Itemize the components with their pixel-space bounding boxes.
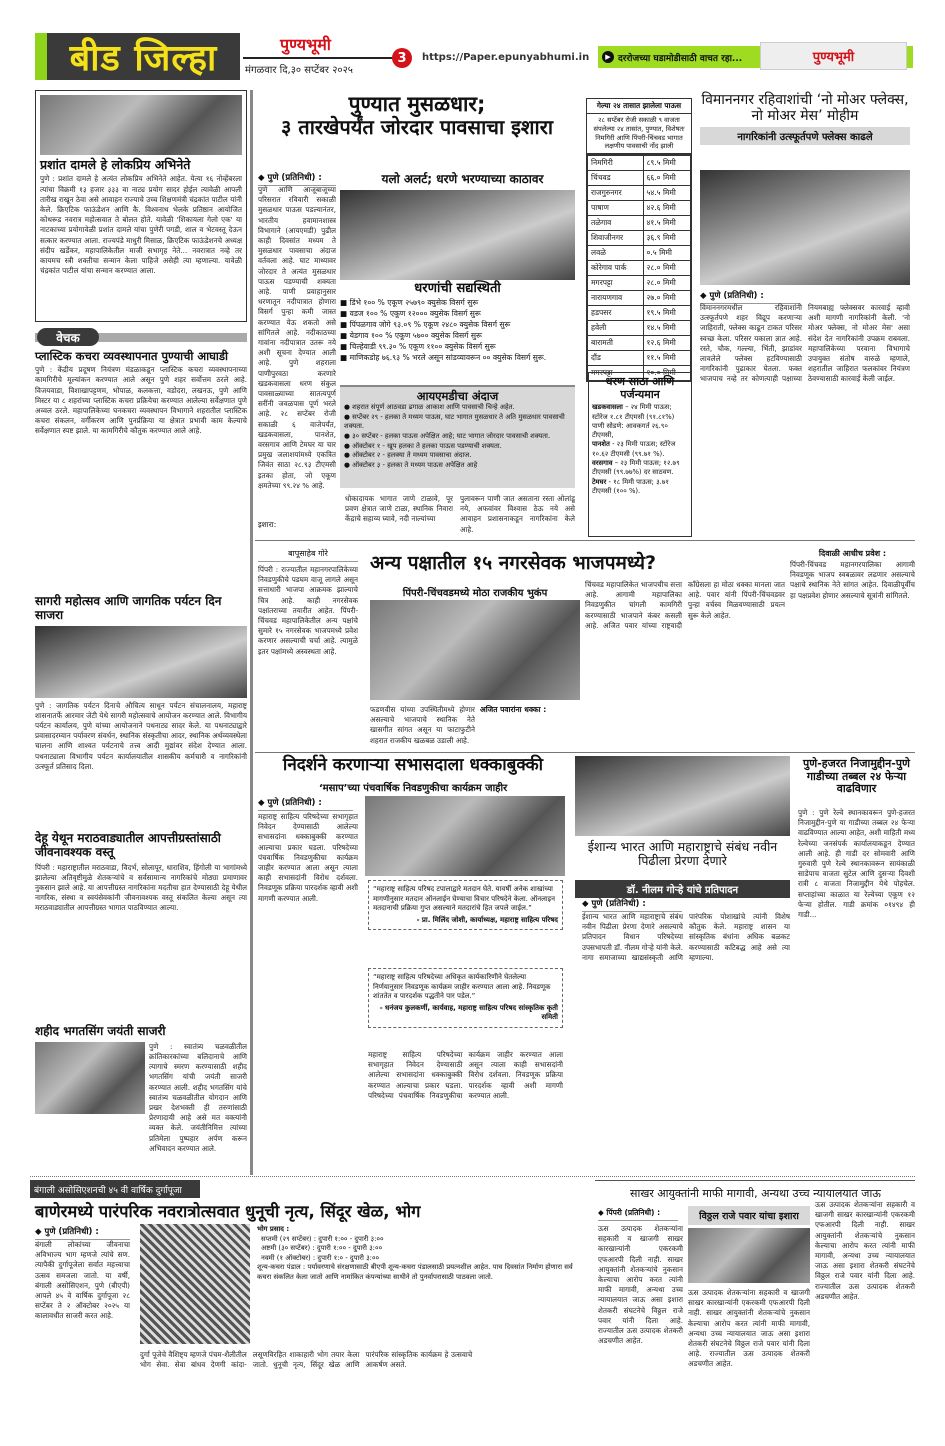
story-headline: ईशान्य भारत आणि महाराष्ट्राचे संबंध नवीन… xyxy=(575,840,790,869)
story-headline: प्लास्टिक कचरा व्यवस्थापनात पुण्याची आघा… xyxy=(35,350,247,363)
location-cell: हडपसर xyxy=(588,306,644,321)
rainfall-table-title: गेल्या २४ तासात झालेला पाऊस xyxy=(587,99,691,114)
table-row: राजगुरुनगर५४.५ मिमी xyxy=(588,186,691,201)
bhog-item: अष्टमी (३० सप्टेंबर) : दुपारी १:०० - दुप… xyxy=(257,1244,587,1254)
story-tag: बंगाली असोसिएशनची ४५ वी वार्षिक दुर्गापू… xyxy=(30,1180,200,1198)
story-diwali-body: पिंपरी-चिंचवड महानगरपालिका आगामी निवडणूक… xyxy=(790,560,915,750)
location-cell: कोरेगाव पार्क xyxy=(588,261,644,276)
section-title: बीड जिल्हा xyxy=(47,33,240,80)
imd-forecast-item: ३० सप्टेंबर - हलका पाऊस अपेक्षित आहे; घा… xyxy=(344,432,571,442)
rainfall-table-intro: २८ सप्टेंबर रोजी सकाळी ९ वाजता संपलेल्या… xyxy=(587,114,691,155)
lead-dateline: ◆ पुणे (प्रतिनिधी) : xyxy=(258,172,336,186)
table-row: कोरेगाव पार्क२८.० मिमी xyxy=(588,261,691,276)
section-rule xyxy=(30,1176,915,1177)
zero-waste-note: शून्य-कचरा पंडाल : पर्यावरणाचे संरक्षणास… xyxy=(257,1263,587,1282)
section-rule xyxy=(255,752,915,753)
table-row: चिंचवड६६.० मिमी xyxy=(588,171,691,186)
story-body: बंगाली लोकांच्या जीवनाचा अविभाज्य भाग म्… xyxy=(35,1240,130,1430)
table-row: शिवाजीनगर३६.९ मिमी xyxy=(588,231,691,246)
story-headline: निदर्शने करणाऱ्या सभासदाला धक्काबुक्की xyxy=(258,756,568,776)
dam-storage-title: धरण साठा आणि पर्जन्यमान xyxy=(592,376,688,401)
rainfall-cell: २८.० मिमी xyxy=(643,276,691,291)
ticker-text: दररोजच्या घडामोडीसाठी वाचत रहा... xyxy=(618,51,742,64)
story-body: ऊस उत्पादक शेतकऱ्यांना सहकारी व खाजगी सा… xyxy=(598,1224,683,1429)
page-number-badge: 3 xyxy=(392,48,412,68)
issue-date: मंगळवार दि,३० सप्टेंबर २०२५ xyxy=(245,62,353,76)
story-body: पिंपरी : महाराष्ट्रातील मराठवाडा, विदर्भ… xyxy=(35,863,247,1013)
location-cell: मगरपट्टा xyxy=(588,276,644,291)
quote-author: - धनंजय कुलकर्णी, कार्यवाह, महाराष्ट्र स… xyxy=(373,1004,558,1023)
masthead: बीड जिल्हा पुण्यभूमी मंगळवार दि,३० सप्टे… xyxy=(0,0,945,88)
story-body-continued-2: ऊस उत्पादक शेतकऱ्यांना सहकारी व खाजगी सा… xyxy=(815,1200,915,1430)
story-headline: पुणे-हजरत निजामुद्दीन-पुणे गाडीच्या तब्ब… xyxy=(798,758,915,796)
bhog-title: भोग प्रसाद : xyxy=(257,1225,587,1235)
table-row: नारायणगाव२७.० मिमी xyxy=(588,291,691,306)
lead-subhead: यलो अलर्ट; धरणे भरण्याच्या काठावर xyxy=(350,170,575,187)
rainfall-cell: ८९.५ मिमी xyxy=(643,156,691,171)
story-body: पुणे : जागतिक पर्यटन दिनाचे औचित्य साधून… xyxy=(35,701,247,823)
imd-forecast-item: ऑक्टोबर २ - हलक्या ते मध्यम पावसाचा अंदा… xyxy=(344,451,571,461)
story-sagari: सागरी महोत्सव आणि जागतिक पर्यटन दिन साजर… xyxy=(35,595,247,825)
rainfall-cell: १४.५ मिमी xyxy=(643,321,691,336)
dam-storage-box: धरण साठा आणि पर्जन्यमान खडकवासला – २४ मि… xyxy=(588,372,692,537)
location-cell: बारामती xyxy=(588,336,644,351)
viman-photo-citizens xyxy=(700,170,910,285)
rainfall-cell: ३६.९ मिमी xyxy=(643,231,691,246)
viman-story-header: विमाननगर रहिवाशांची ‘नो मोअर फ्लेक्स, नो… xyxy=(700,92,910,145)
imd-forecast-list: शहरात संपूर्ण आठवडा ढगाळ आकाश आणि पावसाच… xyxy=(344,403,571,470)
story-prashant-damle: प्रशांत दामले हे लोकप्रिय अभिनेते पुणे :… xyxy=(35,90,247,322)
column-rule xyxy=(250,90,253,1175)
rainfall-cell: ११.५ मिमी xyxy=(643,351,691,366)
rainfall-cell: ०.५ मिमी xyxy=(643,246,691,261)
story-photo xyxy=(40,95,242,155)
location-cell: शिवाजीनगर xyxy=(588,231,644,246)
dam-status-title: धरणांची सद्यस्थिती xyxy=(340,282,575,297)
location-cell: नारायणगाव xyxy=(588,291,644,306)
rainfall-cell: ४२.६ मिमी xyxy=(643,201,691,216)
table-row: निमगिरी८९.५ मिमी xyxy=(588,156,691,171)
lead-warning-label: इशारा: xyxy=(258,520,276,530)
story-plastic: प्लास्टिक कचरा व्यवस्थापनात पुण्याची आघा… xyxy=(35,350,247,590)
location-cell: लवळे xyxy=(588,246,644,261)
story-headline: शहीद भगतसिंग जयंती साजरी xyxy=(35,1025,247,1039)
table-row: लवळे०.५ मिमी xyxy=(588,246,691,261)
imd-forecast-item: शहरात संपूर्ण आठवडा ढगाळ आकाश आणि पावसाच… xyxy=(344,403,571,413)
rainfall-cell: १२.६ मिमी xyxy=(643,336,691,351)
story-dateline: ◆ पुणे (प्रतिनिधी) : xyxy=(35,1226,130,1240)
lead-headline-line1: पुण्यात मुसळधार; xyxy=(258,92,576,116)
dam-status-item: चिल्हेवाडी ९९.३० % एकूण ११०० क्युसेक विस… xyxy=(340,341,575,352)
story-body: ईशान्य भारत आणि महाराष्ट्राचे संबंध नवीन… xyxy=(582,912,790,1172)
story-photo xyxy=(35,626,247,698)
section-rule xyxy=(595,1180,915,1181)
lead-advice-col1: धोकादायक भागात जाणे टाळावे, पूर प्रवण क्… xyxy=(345,494,453,534)
dam-name: पानशेत xyxy=(592,440,610,448)
rainfall-cell: ६६.० मिमी xyxy=(643,171,691,186)
dam-status-item: येडगाव १०० % एकूण ५७०० क्युसेक विसर्ग सु… xyxy=(340,330,575,341)
quote-text: “महाराष्ट्र साहित्य परिषद टपालाद्वारे मत… xyxy=(373,885,558,914)
lead-body: पुणे आणि आजूबाजूच्या परिसरात रविवारी सका… xyxy=(258,185,336,515)
paper-thumbnail-logo[interactable]: पुण्यभूमी xyxy=(760,42,907,70)
dam-name: खडकवासला xyxy=(592,403,623,411)
table-row: हडपसर१९.५ मिमी xyxy=(588,306,691,321)
dam-status-list: डिंभे १०० % एकूण २५७९० क्युसेक विसर्ग सु… xyxy=(340,297,575,363)
story-body: महाराष्ट्र साहित्य परिषदेच्या सभागृहात न… xyxy=(258,812,358,1172)
story-headline: बाणेरमध्ये पारंपरिक नवरात्रोत्सवात धुनूच… xyxy=(35,1203,585,1222)
ticker-end-accent xyxy=(907,46,913,68)
table-row: मगरपट्टा२८.० मिमी xyxy=(588,276,691,291)
story-quote-label: अजित पवारांना धक्का : xyxy=(480,705,580,715)
epaper-link[interactable]: https://Paper.epunyabhumi.in xyxy=(422,52,589,63)
masthead-accent-bar xyxy=(35,33,47,80)
story-bhagatsingh: शहीद भगतसिंग जयंती साजरी पुणे : स्वातंत्… xyxy=(35,1025,247,1175)
lead-headline-line2: ३ तारखेपर्यंत जोरदार पावसाचा इशारा xyxy=(258,116,576,139)
story-dateline: ◆ पिंपरी (प्रतिनिधी) : xyxy=(598,1208,678,1221)
quote-box-2: “महाराष्ट्र साहित्य परिषदेच्या अधिकृत का… xyxy=(368,968,563,1028)
story-body-continued: ऊस उत्पादक शेतकऱ्यांना सहकारी व खाजगी सा… xyxy=(688,1288,810,1428)
story-photo-durga-idol xyxy=(140,1224,250,1344)
imd-forecast-item: सप्टेंबर २९ - हलका ते मध्यम पाऊस, घाट भा… xyxy=(344,413,571,432)
dam-name: टेमघर xyxy=(592,478,606,486)
rainfall-cell: २८.० मिमी xyxy=(643,261,691,276)
story-body: पुणे : केंद्रीय प्रदूषण नियंत्रण मंडळाकड… xyxy=(35,365,247,585)
rainfall-table: निमगिरी८९.५ मिमी चिंचवड६६.० मिमी राजगुरु… xyxy=(587,155,691,381)
imd-forecast-item: ऑक्टोबर १ - खूप हलका ते हलका पाऊस पडण्या… xyxy=(344,442,571,452)
table-row: दौंड११.५ मिमी xyxy=(588,351,691,366)
story-body: पुणे : स्वातंत्र्य चळवळीतील क्रांतिकारका… xyxy=(149,1042,247,1167)
story-photo-protest xyxy=(688,1228,810,1283)
bhog-item: सप्तमी (२९ सप्टेंबर) : दुपारी १:०० - दुप… xyxy=(257,1235,587,1245)
quote-box-1: “महाराष्ट्र साहित्य परिषद टपालाद्वारे मत… xyxy=(368,880,563,930)
story-body: पुणे : पुणे रेल्वे स्थानकावरून पुणे-हजरत… xyxy=(798,808,915,1173)
location-cell: चिंचवड xyxy=(588,171,644,186)
story-body: विमाननगरमधील रहिवाशांनी उत्स्फूर्तपणे शह… xyxy=(700,303,910,538)
story-subhead: डॉ. नीलम गोऱ्हे यांचे प्रतिपादन xyxy=(575,880,790,898)
section-tag-label: वेचक xyxy=(37,328,99,346)
dam-status-box: धरणांची सद्यस्थिती डिंभे १०० % एकूण २५७९… xyxy=(340,282,575,363)
table-row: हवेली१४.५ मिमी xyxy=(588,321,691,336)
story-photo-politician xyxy=(370,600,580,700)
story-headline: प्रशांत दामले हे लोकप्रिय अभिनेते xyxy=(40,158,242,172)
section-rule xyxy=(255,540,915,541)
story-photo-meeting xyxy=(365,796,565,876)
bhog-schedule: भोग प्रसाद : सप्तमी (२९ सप्टेंबर) : दुपा… xyxy=(257,1225,587,1283)
play-icon: ▶ xyxy=(602,51,614,63)
story-headline: विमाननगर रहिवाशांची ‘नो मोअर फ्लेक्स, नो… xyxy=(700,92,910,124)
dam-name: वरसगाव xyxy=(592,459,613,467)
story-body-right: चिंचवड महापालिकेत भाजपचीच सत्ता आहे. आगा… xyxy=(585,580,785,750)
dam-status-item: डिंभे १०० % एकूण २५७९० क्युसेक विसर्ग सु… xyxy=(340,297,575,308)
story-body-continued: दुर्गा पूजेचे वैशिष्ट्य म्हणजे पंचम-शैली… xyxy=(140,1350,585,1430)
table-row: पाषाण४२.६ मिमी xyxy=(588,201,691,216)
section-tag-vechak: वेचक xyxy=(35,328,247,346)
story-body-left: पिंपरी : राज्यातील महानगरपालिकेच्या निवड… xyxy=(258,565,358,745)
story-photo xyxy=(35,1042,145,1114)
newspaper-logo: पुण्यभूमी xyxy=(280,33,331,55)
dam-status-item: पिंपळगाव जोगे ९३.०९ % एकूण २४८० क्युसेक … xyxy=(340,319,575,330)
rainfall-table-box: गेल्या २४ तासात झालेला पाऊस २८ सप्टेंबर … xyxy=(586,98,692,382)
story-dateline: ◆ पुणे (प्रतिनिधी) : xyxy=(582,898,682,912)
lead-headline: पुण्यात मुसळधार; ३ तारखेपर्यंत जोरदार पा… xyxy=(258,92,576,139)
story-body-continued: महाराष्ट्र साहित्य परिषदेच्या सभागृहात न… xyxy=(368,1050,563,1170)
story-headline: देहू येथून मराठवाड्यातील आपत्तीग्रस्तांस… xyxy=(35,832,247,860)
story-subhead: ‘मसाप’च्या पंचवार्षिक निवडणुकीचा कार्यक्… xyxy=(258,780,568,794)
story-dehu: देहू येथून मराठवाड्यातील आपत्तीग्रस्तांस… xyxy=(35,832,247,1022)
story-body: पुणे : प्रशांत दामले हे अत्यंत लोकप्रिय … xyxy=(40,174,242,324)
rainfall-cell: ५४.५ मिमी xyxy=(643,186,691,201)
story-headline: साखर आयुक्तांनी माफी मागावी, अन्यथा उच्च… xyxy=(598,1188,913,1201)
story-photo-group xyxy=(575,756,790,836)
rainfall-cell: १९.५ मिमी xyxy=(643,306,691,321)
rainfall-cell: ४१.५ मिमी xyxy=(643,216,691,231)
location-cell: तळेगाव xyxy=(588,216,644,231)
story-byline: बापूसाहेब गोरे xyxy=(258,548,358,562)
dam-status-item: माणिकडोह ७६.९३ % भरले असून सांडव्यावरून … xyxy=(340,352,575,363)
story-diwali-label: दिवाळी आधीच प्रवेश : xyxy=(790,548,915,559)
story-dateline: ◆ पुणे (प्रतिनिधी) : xyxy=(700,290,800,304)
story-subhead: विठ्ठल राजे पवार यांचा इशारा xyxy=(688,1206,810,1225)
dam-status-item: वडज १०० % एकूण १२००० क्युसेक विसर्ग सुरू xyxy=(340,308,575,319)
quote-author: - प्रा. मिलिंद जोशी, कार्याध्यक्ष, महारा… xyxy=(373,916,558,926)
story-caption: फडणवीस यांच्या उपस्थितीमध्ये होणार असल्य… xyxy=(370,705,475,750)
story-headline: अन्य पक्षातील १५ नगरसेवक भाजपमध्ये? xyxy=(370,553,695,575)
imd-forecast-item: ऑक्टोबर ३ - हलका ते मध्यम पाऊस अपेक्षित … xyxy=(344,461,571,471)
location-cell: पाषाण xyxy=(588,201,644,216)
quote-text: “महाराष्ट्र साहित्य परिषदेच्या अधिकृत का… xyxy=(373,973,558,1002)
lead-photo-rain-traffic xyxy=(340,190,575,280)
location-cell: दौंड xyxy=(588,351,644,366)
rainfall-cell: २७.० मिमी xyxy=(643,291,691,306)
bhog-item: नवमी (१ ऑक्टोबर) : दुपारी १:० - दुपारी ३… xyxy=(257,1254,587,1264)
story-subhead: नागरिकांनी उत्स्फूर्तपणे फ्लेक्स काढले xyxy=(700,127,910,145)
dam-storage-entries: खडकवासला – २४ मिमी पाऊस; स्टोरेज १.८१ टी… xyxy=(592,403,688,496)
story-subhead: पिंपरी-चिंचवडमध्ये मोठा राजकीय भुकंप xyxy=(370,585,580,599)
imd-forecast-title: आयएमडीचा अंदाज xyxy=(344,390,571,403)
masthead-divider xyxy=(243,57,395,59)
table-row: बारामती१२.६ मिमी xyxy=(588,336,691,351)
lead-advice-col2: पुलावरून पाणी जात असताना रस्ता ओलांडू नय… xyxy=(460,494,575,534)
imd-forecast-box: आयएमडीचा अंदाज शहरात संपूर्ण आठवडा ढगाळ … xyxy=(340,385,575,488)
location-cell: हवेली xyxy=(588,321,644,336)
story-headline: सागरी महोत्सव आणि जागतिक पर्यटन दिन साजर… xyxy=(35,595,247,623)
table-row: तळेगाव४१.५ मिमी xyxy=(588,216,691,231)
location-cell: निमगिरी xyxy=(588,156,644,171)
story-dateline: ◆ पुणे (प्रतिनिधी) : xyxy=(258,797,353,811)
location-cell: राजगुरुनगर xyxy=(588,186,644,201)
ticker-banner[interactable]: ▶ दररोजच्या घडामोडीसाठी वाचत रहा... xyxy=(598,46,760,68)
